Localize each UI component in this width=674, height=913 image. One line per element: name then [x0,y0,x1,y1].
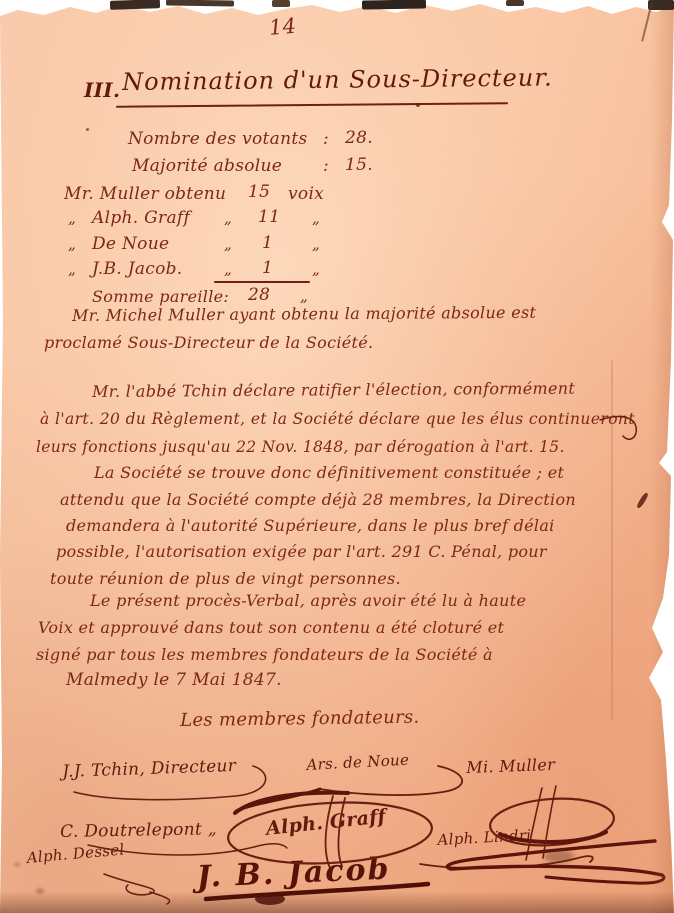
tally-row-count: 11 [258,207,280,227]
signature-jacob: J. B. Jacob [196,852,391,895]
majorite-colon: : [323,156,329,176]
foxing-stain [14,862,20,867]
title-underline [116,102,508,107]
signature-dessel: Alph. Dessel [26,840,125,866]
signature-denoue: Ars. de Noue [306,751,410,774]
sum-label: Somme pareille: [92,287,229,306]
tally-row-name: De Noue [92,234,169,254]
section-title: Nomination d'un Sous-Directeur. [122,63,553,96]
paragraph-line: toute réunion de plus de vingt personnes… [50,569,401,588]
paragraph-line: Le présent procès-Verbal, après avoir ét… [90,591,526,610]
ink-spot [86,128,89,131]
tally-muller-count: 15 [248,182,270,202]
fold-crease [611,360,613,720]
tally-row-count: 1 [262,258,273,278]
signature-doutrelepont: C. Doutrelepont „ [60,819,217,842]
tally-row-name: J.B. Jacob. [92,259,183,279]
tally-row-open: „ [68,209,76,227]
paragraph-line: Mr. l'abbé Tchin déclare ratifier l'élec… [92,379,575,401]
tally-muller-unit: voix [288,184,324,204]
tally-row-name: Alph. Graff [92,208,190,228]
edge-shading-right [650,0,674,913]
tally-row-open: „ [68,260,76,278]
tally-row-close: „ [312,260,320,278]
paragraph-line: Mr. Michel Muller ayant obtenu la majori… [72,303,536,325]
paragraph-line: demandera à l'autorité Supérieure, dans … [66,516,555,535]
manuscript-page: 14 III. Nomination d'un Sous-Directeur. … [0,0,674,913]
paragraph-line: possible, l'autorisation exigée par l'ar… [56,542,547,561]
page-number: 14 [268,14,297,40]
closing-label: Les membres fondateurs. [180,707,420,731]
sum-close: „ [300,287,308,305]
muller-paraph-oval [489,786,616,860]
tally-row-ditto: „ [224,235,232,253]
ink-dash-mark [636,492,649,509]
signature-muller: Mi. Muller [466,755,555,777]
paragraph-line: Malmedy le 7 Mai 1847. [66,670,282,690]
signature-graff: Alph. Graff [265,805,387,839]
votants-colon: : [323,129,329,149]
smudge-stain [544,850,574,863]
paragraph-line: signé par tous les membres fondateurs de… [36,645,493,664]
tally-muller-name: Mr. Muller obtenu [64,184,226,204]
torn-edge-debris [110,0,160,10]
paragraph-line: à l'art. 20 du Règlement, et la Société … [40,410,635,428]
tally-row-count: 1 [262,233,273,253]
votants-value: 28. [345,128,373,148]
tally-row-ditto: „ [224,209,232,227]
edge-shading-bottom [0,891,674,913]
section-numeral: III. [84,78,120,102]
paragraph-line: attendu que la Société compte déjà 28 me… [60,490,576,509]
torn-edge-debris [506,0,524,6]
tally-row-ditto: „ [224,260,232,278]
signature-tchin: J.J. Tchin, Directeur [62,756,237,782]
tally-row-close: „ [312,209,320,227]
denoue-flourish-swash [236,766,462,811]
tally-row-close: „ [312,235,320,253]
sum-count: 28 [248,285,270,305]
paragraph-line: leurs fonctions jusqu'au 22 Nov. 1848, p… [36,438,565,456]
paragraph-line: Voix et approuvé dans tout son contenu a… [38,618,504,637]
tally-row-open: „ [68,235,76,253]
ink-spot [416,103,420,107]
torn-edge-debris [272,0,290,7]
sum-underline [214,281,310,283]
torn-edge-debris [166,0,234,7]
majorite-label: Majorité absolue [132,156,282,176]
majorite-value: 15. [345,155,373,175]
paragraph-line: La Société se trouve donc définitivement… [94,463,564,482]
votants-label: Nombre des votants [128,129,307,149]
paper-sheet: 14 III. Nomination d'un Sous-Directeur. … [0,0,674,913]
signature-lindri: Alph. Lindri [437,826,532,849]
torn-edge-debris [362,0,426,10]
paragraph-line: proclamé Sous-Directeur de la Société. [44,333,373,352]
